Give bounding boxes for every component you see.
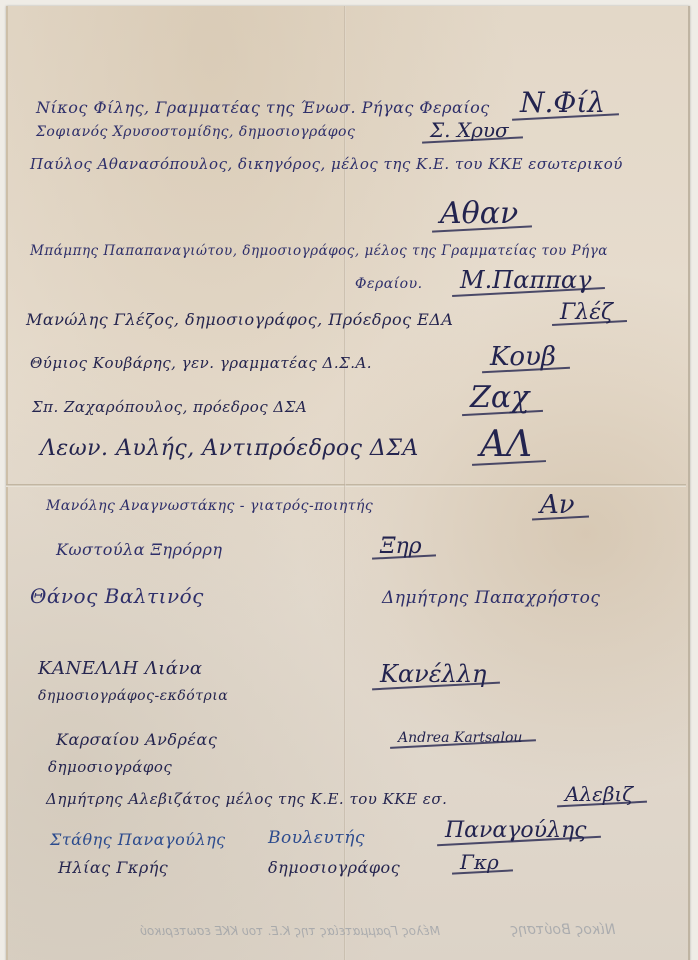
horizontal-fold: [6, 484, 686, 487]
entry-13-text-cont: δημοσιογράφος-εκδότρια: [38, 688, 228, 704]
entry-10-text: Κωστούλα Ξηρόρρη: [56, 540, 222, 559]
entry-13-signature: Κανέλλη: [380, 660, 486, 688]
entry-10-signature: Ξηρ: [380, 534, 422, 559]
entry-4-signature: Μ.Παππαγ: [460, 266, 591, 294]
entry-7-text: Σπ. Ζαχαρόπουλος, πρόεδρος ΔΣΑ: [32, 398, 307, 416]
entry-6-text: Θύμιος Κουβάρης, γεν. γραμματέας Δ.Σ.Α.: [30, 354, 372, 372]
entry-15-text: Δημήτρης Αλεβιζάτος μέλος της Κ.Ε. του Κ…: [46, 790, 447, 808]
entry-7-signature: Ζαχ: [470, 380, 529, 415]
entry-4-text-cont: Φεραίου.: [355, 276, 423, 292]
entry-8-text: Λεων. Αυλής, Αντιπρόεδρος ΔΣΑ: [40, 436, 419, 461]
entry-5-signature: Γλέζ: [560, 300, 613, 325]
entry-2-text: Σοφιανός Χρυσοστομίδης, δημοσιογράφος: [36, 124, 355, 140]
entry-17-signature: Γκρ: [460, 850, 499, 874]
entry-9-signature: Αν: [540, 490, 575, 520]
entry-2-signature: Σ. Χρυσ: [430, 118, 509, 142]
entry-14-text-cont: δημοσιογράφος: [48, 758, 172, 776]
vertical-fold: [344, 6, 346, 960]
entry-1-signature: Ν.Φίλ: [520, 86, 605, 119]
entry-9-text: Μανόλης Αναγνωστάκης - γιατρός-ποιητής: [46, 498, 373, 514]
entry-8-signature: ΑΛ: [480, 424, 532, 465]
entry-17-text: Ηλίας Γκρής: [58, 858, 168, 877]
entry-11-text: Θάνος Βαλτινός: [30, 584, 204, 608]
paper-sheet: [6, 6, 690, 960]
bleed-through-1: Νίκος Βούτσης: [510, 922, 615, 938]
entry-16-signature: Παναγούλης: [445, 818, 587, 843]
entry-4-text: Μπάμπης Παπαπαναγιώτου, δημοσιογράφος, μ…: [30, 243, 608, 259]
entry-14-signature: Andrea Kartsalou: [398, 730, 522, 746]
entry-3-text: Παύλος Αθανασόπουλος, δικηγόρος, μέλος τ…: [30, 155, 623, 173]
entry-1-text: Νίκος Φίλης, Γραμματέας της Ένωσ. Ρήγας …: [36, 98, 490, 117]
entry-13-text: ΚΑΝΕΛΛΗ Λιάνα: [38, 658, 203, 679]
entry-14-text: Καρσαίου Ανδρέας: [56, 730, 217, 749]
entry-17-text-b: δημοσιογράφος: [268, 858, 400, 877]
entry-12-text: Δημήτρης Παπαχρήστος: [382, 588, 600, 608]
entry-3-signature: Αθαν: [440, 196, 518, 231]
entry-6-signature: Κουβ: [490, 342, 556, 372]
entry-5-text: Μανώλης Γλέζος, δημοσιογράφος, Πρόεδρος …: [26, 310, 453, 329]
entry-15-signature: Αλεβιζ: [565, 782, 633, 806]
bleed-through-2: Μέλος Γραμματείας της Κ.Ε. του ΚΚΕ εσωτε…: [140, 924, 440, 938]
entry-16-text: Στάθης Παναγούλης: [50, 830, 226, 849]
entry-16-text-b: Βουλευτής: [268, 828, 365, 848]
